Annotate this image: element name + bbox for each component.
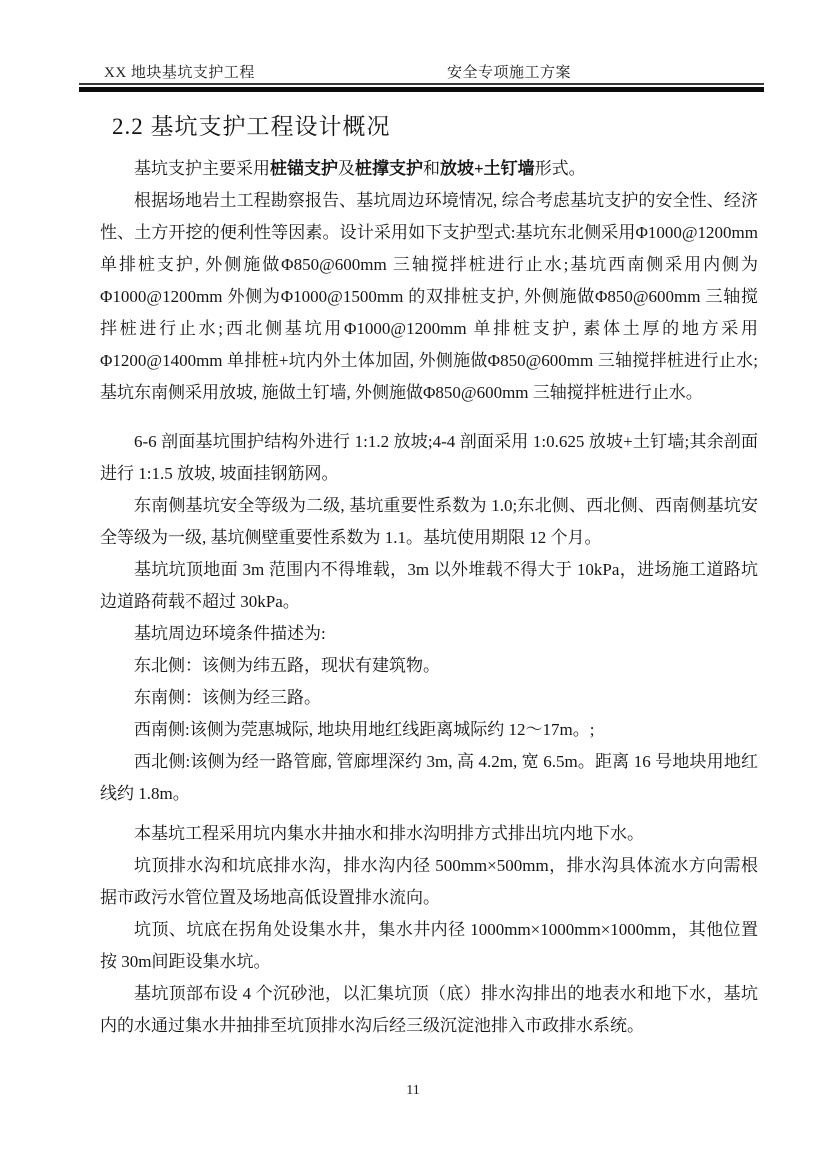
- intro-text-run: 基坑支护主要采用: [134, 159, 270, 178]
- document-body: 基坑支护主要采用桩锚支护及桩撑支护和放坡+土钉墙形式。 根据场地岩土工程勘察报告…: [100, 153, 758, 1042]
- intro-text-run: 及: [338, 159, 355, 178]
- page-footer: 11: [0, 1083, 826, 1099]
- intro-text-run: 和: [423, 159, 440, 178]
- page-header: XX 地块基坑支护工程 安全专项施工方案: [104, 61, 762, 83]
- paragraph-safety-grade: 东南侧基坑安全等级为二级, 基坑重要性系数为 1.0;东北侧、西北侧、西南侧基坑…: [100, 490, 758, 554]
- paragraph-surcharge-limits: 基坑坑顶地面 3m 范围内不得堆载，3m 以外堆载不得大于 10kPa，进场施工…: [100, 554, 758, 618]
- page-number: 11: [406, 1083, 419, 1098]
- intro-bold-term: 放坡+土钉墙: [440, 159, 535, 178]
- paragraph-southeast-side: 东南侧：该侧为经三路。: [100, 682, 758, 714]
- paragraph-slope-sections: 6-6 剖面基坑围护结构外进行 1:1.2 放坡;4-4 剖面采用 1:0.62…: [100, 426, 758, 490]
- paragraph-northeast-side: 东北侧：该侧为纬五路，现状有建筑物。: [100, 650, 758, 682]
- paragraph-northwest-side: 西北侧:该侧为经一路管廊, 管廊埋深约 3m, 高 4.2m, 宽 6.5m。距…: [100, 746, 758, 810]
- document-page: XX 地块基坑支护工程 安全专项施工方案 2.2 基坑支护工程设计概况 基坑支护…: [0, 0, 826, 1169]
- paragraph-support-types: 基坑支护主要采用桩锚支护及桩撑支护和放坡+土钉墙形式。: [100, 153, 758, 185]
- section-title: 2.2 基坑支护工程设计概况: [112, 108, 391, 141]
- paragraph-southwest-side: 西南侧:该侧为莞惠城际, 地块用地红线距离城际约 12～17m。;: [100, 714, 758, 746]
- paragraph-dewatering-method: 本基坑工程采用坑内集水井抽水和排水沟明排方式排出坑内地下水。: [100, 818, 758, 850]
- header-document-type: 安全专项施工方案: [447, 61, 571, 82]
- header-rule-thin: [79, 83, 764, 85]
- header-project-name: XX 地块基坑支护工程: [104, 65, 255, 81]
- intro-text-run: 形式。: [535, 159, 586, 178]
- paragraph-sedimentation-tanks: 基坑顶部布设 4 个沉砂池，以汇集坑顶（底）排水沟排出的地表水和地下水，基坑内的…: [100, 978, 758, 1042]
- intro-bold-term: 桩撑支护: [355, 159, 423, 178]
- paragraph-surroundings-intro: 基坑周边环境条件描述为:: [100, 618, 758, 650]
- paragraph-design-scheme: 根据场地岩土工程勘察报告、基坑周边环境情况, 综合考虑基坑支护的安全性、经济性、…: [100, 185, 758, 409]
- intro-bold-term: 桩锚支护: [270, 159, 338, 178]
- header-rule-thick: [79, 87, 764, 92]
- paragraph-collecting-wells: 坑顶、坑底在拐角处设集水井，集水井内径 1000mm×1000mm×1000mm…: [100, 914, 758, 978]
- paragraph-drainage-ditch: 坑顶排水沟和坑底排水沟，排水沟内径 500mm×500mm，排水沟具体流水方向需…: [100, 850, 758, 914]
